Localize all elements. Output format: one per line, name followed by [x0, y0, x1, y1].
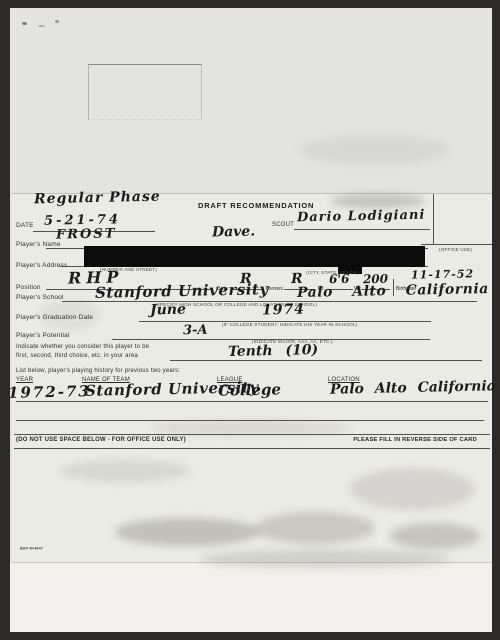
history-rule-line-2 [16, 420, 484, 421]
date-label: DATE [16, 222, 34, 229]
scan-speck [22, 22, 27, 25]
potential-label: Player's Potential [16, 332, 70, 339]
history-league-handwriting: College [218, 380, 281, 399]
graduation-caption: (IF COLLEGE STUDENT, INDICATE HIS YEAR I… [222, 323, 357, 328]
history-header-year: YEAR [16, 377, 33, 383]
footer-top-line [14, 434, 490, 435]
address-redaction-bar [84, 246, 425, 267]
stamp-outline-box [88, 64, 202, 120]
graduation-year-handwriting: 1974 [262, 302, 305, 319]
scan-speck [55, 20, 59, 23]
choice-label-line1: Indicate whether you consider this playe… [16, 344, 149, 350]
phase-note-handwriting: Regular Phase [34, 189, 161, 208]
player-school-label: Player's School [16, 294, 64, 301]
choice-label-line2: first, second, third choice, etc. in you… [16, 353, 138, 359]
card-title: DRAFT RECOMMENDATION [198, 201, 314, 210]
player-name-label: Player's Name [16, 241, 61, 248]
graduation-month-handwriting: June [150, 302, 186, 319]
footer-left-text: (DO NOT USE SPACE BELOW - FOR OFFICE USE… [16, 437, 186, 443]
choice-handwriting: Tenth (10) [228, 342, 318, 360]
scout-line [294, 229, 430, 230]
paper-bottom-strip [10, 563, 492, 632]
player-last-name-handwriting: FROST [56, 226, 117, 242]
birthdate-handwriting: 11-17-52 [411, 267, 474, 281]
graduation-label: Player's Graduation Date [16, 314, 93, 321]
scanned-draft-card-page: Regular Phase DRAFT RECOMMENDATION (OFFI… [0, 0, 500, 640]
player-first-name-handwriting: Dave. [212, 224, 255, 241]
form-code: BAP W-4647 [20, 547, 43, 551]
position-label: Position [16, 284, 41, 291]
history-intro: List below, player's playing history for… [16, 368, 180, 374]
scan-speck [38, 25, 45, 27]
scout-label: SCOUT [272, 222, 294, 228]
scout-handwriting: Dario Lodigiani [297, 208, 426, 226]
footer-right-text: PLEASE FILL IN REVERSE SIDE OF CARD [353, 437, 477, 443]
office-use-box-vline [433, 194, 434, 245]
graduation-line [139, 321, 431, 322]
potential-handwriting: 3-A [183, 323, 208, 339]
school-name-handwriting: Stanford University [95, 280, 269, 302]
office-use-label: (OFFICE USE) [439, 248, 472, 253]
footer-bottom-line [14, 448, 490, 449]
history-rule-line-1 [16, 401, 488, 402]
choice-line [170, 360, 482, 361]
office-use-box-hline [421, 244, 492, 245]
history-year-handwriting: 1972-73 [8, 382, 91, 402]
